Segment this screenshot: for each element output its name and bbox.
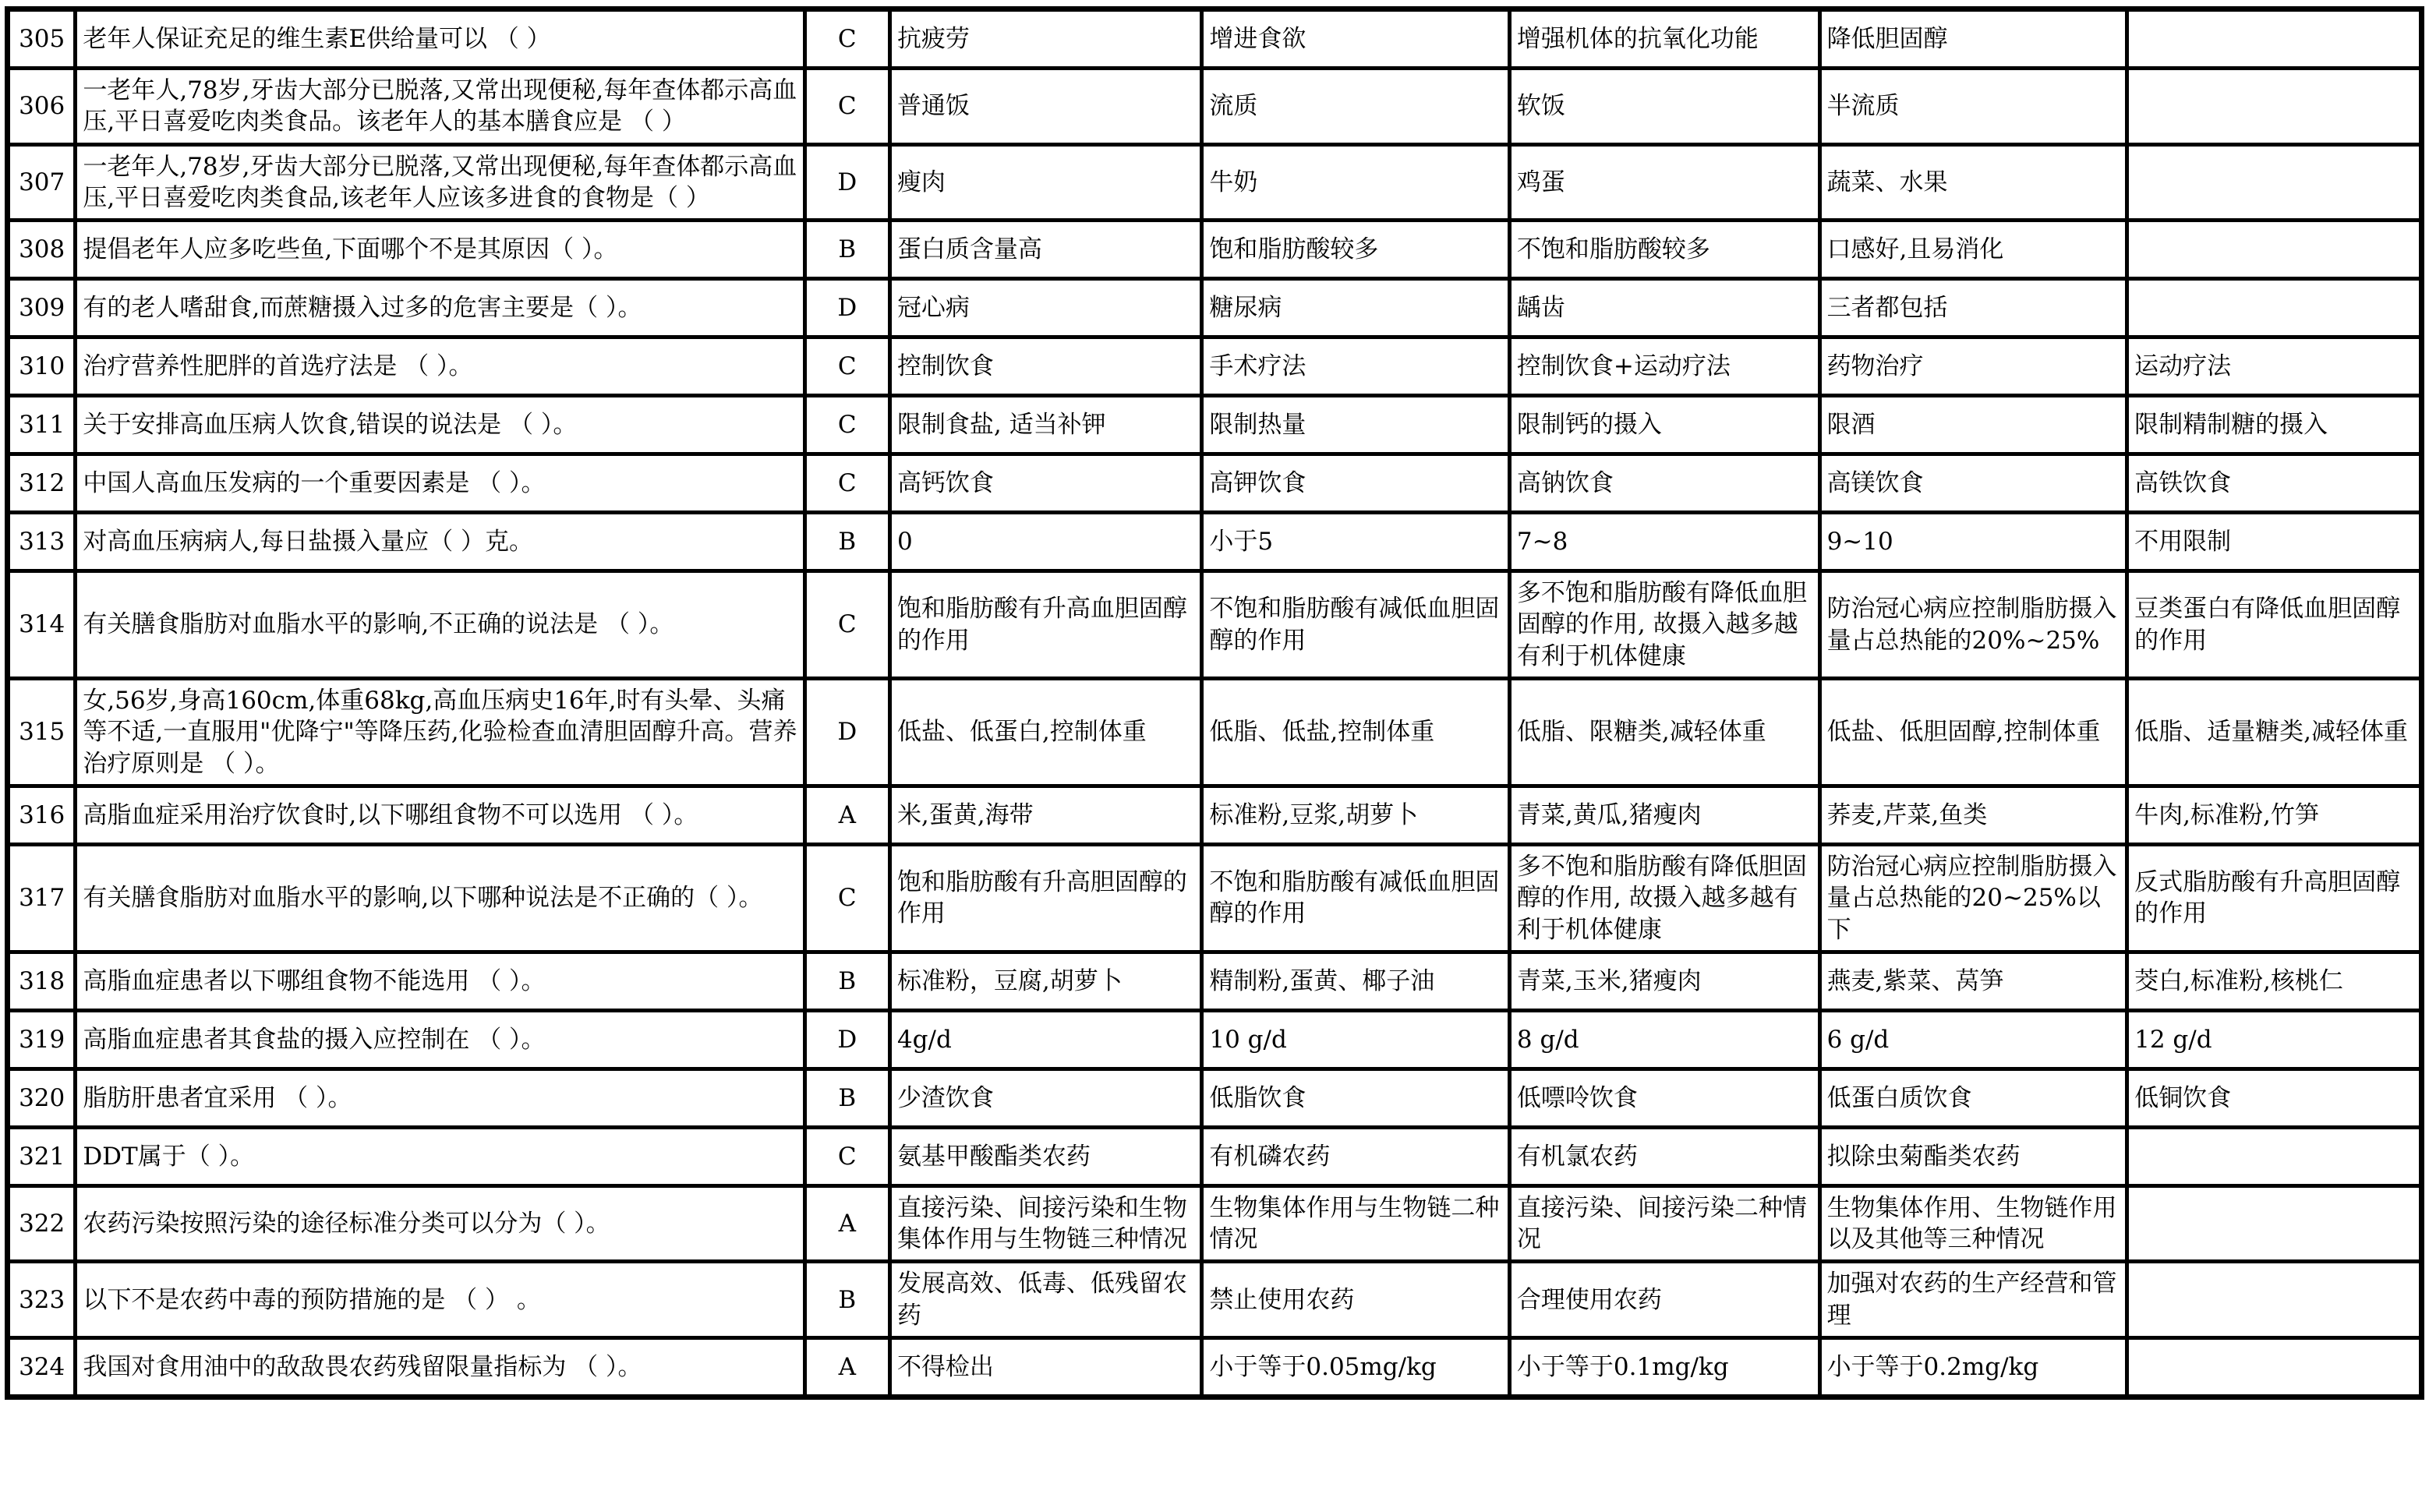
option-b-cell: 牛奶 [1202, 144, 1510, 221]
option-d-cell: 加强对农药的生产经营和管理 [1819, 1262, 2127, 1338]
question-number: 314 [8, 571, 76, 679]
option-d-cell: 荞麦,芹菜,鱼类 [1819, 786, 2127, 844]
question-text: 高脂血症患者其食盐的摄入应控制在 （ ）。 [76, 1010, 804, 1069]
option-e-cell: 茭白,标准粉,核桃仁 [2127, 952, 2422, 1010]
option-c-cell: 小于等于0.1mg/kg [1509, 1338, 1819, 1397]
answer-letter: D [804, 1010, 889, 1069]
option-c-cell: 低嘌呤饮食 [1509, 1069, 1819, 1127]
table-row: 305 老年人保证充足的维生素E供给量可以 （ ） C 抗疲劳 增进食欲 增强机… [8, 9, 2422, 69]
answer-letter: C [804, 337, 889, 396]
option-a-cell: 低盐、低蛋白,控制体重 [889, 679, 1201, 786]
option-d-cell: 低盐、低胆固醇,控制体重 [1819, 679, 2127, 786]
option-c-cell: 青菜,黄瓜,猪瘦肉 [1509, 786, 1819, 844]
question-number: 313 [8, 513, 76, 571]
option-b-cell: 手术疗法 [1202, 337, 1510, 396]
option-b-cell: 标准粉,豆浆,胡萝卜 [1202, 786, 1510, 844]
option-b-cell: 高钾饮食 [1202, 454, 1510, 513]
option-c-cell: 增强机体的抗氧化功能 [1509, 9, 1819, 69]
table-row: 318 高脂血症患者以下哪组食物不能选用 （ ）。 B 标准粉，豆腐,胡萝卜 精… [8, 952, 2422, 1010]
option-e-cell: 不用限制 [2127, 513, 2422, 571]
question-text: DDT属于（ ）。 [76, 1127, 804, 1185]
question-text: 高脂血症患者以下哪组食物不能选用 （ ）。 [76, 952, 804, 1010]
question-number: 319 [8, 1010, 76, 1069]
table-row: 310 治疗营养性肥胖的首选疗法是 （ ）。 C 控制饮食 手术疗法 控制饮食+… [8, 337, 2422, 396]
question-text: 老年人保证充足的维生素E供给量可以 （ ） [76, 9, 804, 69]
question-number: 310 [8, 337, 76, 396]
answer-letter: A [804, 1185, 889, 1262]
option-a-cell: 冠心病 [889, 279, 1201, 337]
table-row: 314 有关膳食脂肪对血脂水平的影响,不正确的说法是 （ ）。 C 饱和脂肪酸有… [8, 571, 2422, 679]
option-d-cell: 三者都包括 [1819, 279, 2127, 337]
question-text: 对高血压病病人,每日盐摄入量应（ ）克。 [76, 513, 804, 571]
option-a-cell: 蛋白质含量高 [889, 221, 1201, 279]
option-c-cell: 鸡蛋 [1509, 144, 1819, 221]
table-row: 308 提倡老年人应多吃些鱼,下面哪个不是其原因（ ）。 B 蛋白质含量高 饱和… [8, 221, 2422, 279]
option-b-cell: 禁止使用农药 [1202, 1262, 1510, 1338]
table-row: 317 有关膳食脂肪对血脂水平的影响,以下哪种说法是不正确的（ ）。 C 饱和脂… [8, 844, 2422, 952]
question-number: 305 [8, 9, 76, 69]
question-number: 311 [8, 396, 76, 454]
option-e-cell: 低铜饮食 [2127, 1069, 2422, 1127]
answer-letter: C [804, 69, 889, 145]
option-e-cell: 12 g/d [2127, 1010, 2422, 1069]
option-d-cell: 防治冠心病应控制脂肪摄入量占总热能的20~25%以下 [1819, 844, 2127, 952]
answer-letter: B [804, 952, 889, 1010]
option-a-cell: 0 [889, 513, 1201, 571]
table-row: 320 脂肪肝患者宜采用 （ ）。 B 少渣饮食 低脂饮食 低嘌呤饮食 低蛋白质… [8, 1069, 2422, 1127]
table-row: 315 女,56岁,身高160cm,体重68kg,高血压病史16年,时有头晕、头… [8, 679, 2422, 786]
option-b-cell: 流质 [1202, 69, 1510, 145]
option-d-cell: 燕麦,紫菜、莴笋 [1819, 952, 2127, 1010]
option-c-cell: 合理使用农药 [1509, 1262, 1819, 1338]
question-number: 321 [8, 1127, 76, 1185]
table-row: 307 一老年人,78岁,牙齿大部分已脱落,又常出现便秘,每年查体都示高血压,平… [8, 144, 2422, 221]
option-d-cell: 口感好,且易消化 [1819, 221, 2127, 279]
option-c-cell: 不饱和脂肪酸较多 [1509, 221, 1819, 279]
option-b-cell: 低脂饮食 [1202, 1069, 1510, 1127]
question-number: 320 [8, 1069, 76, 1127]
table-row: 322 农药污染按照污染的途径标准分类可以分为（ ）。 A 直接污染、间接污染和… [8, 1185, 2422, 1262]
answer-letter: C [804, 844, 889, 952]
option-b-cell: 不饱和脂肪酸有减低血胆固醇的作用 [1202, 571, 1510, 679]
answer-letter: B [804, 513, 889, 571]
option-d-cell: 拟除虫菊酯类农药 [1819, 1127, 2127, 1185]
question-number: 317 [8, 844, 76, 952]
answer-letter: C [804, 1127, 889, 1185]
option-a-cell: 瘦肉 [889, 144, 1201, 221]
option-a-cell: 直接污染、间接污染和生物集体作用与生物链三种情况 [889, 1185, 1201, 1262]
answer-letter: C [804, 454, 889, 513]
option-b-cell: 小于5 [1202, 513, 1510, 571]
option-e-cell [2127, 1127, 2422, 1185]
option-e-cell [2127, 144, 2422, 221]
table-row: 313 对高血压病病人,每日盐摄入量应（ ）克。 B 0 小于5 7~8 9~1… [8, 513, 2422, 571]
option-b-cell: 小于等于0.05mg/kg [1202, 1338, 1510, 1397]
answer-letter: B [804, 1262, 889, 1338]
option-e-cell: 高铁饮食 [2127, 454, 2422, 513]
answer-letter: C [804, 571, 889, 679]
option-e-cell [2127, 69, 2422, 145]
option-c-cell: 直接污染、间接污染二种情况 [1509, 1185, 1819, 1262]
option-c-cell: 7~8 [1509, 513, 1819, 571]
question-number: 308 [8, 221, 76, 279]
table-row: 321 DDT属于（ ）。 C 氨基甲酸酯类农药 有机磷农药 有机氯农药 拟除虫… [8, 1127, 2422, 1185]
option-d-cell: 低蛋白质饮食 [1819, 1069, 2127, 1127]
question-text: 一老年人,78岁,牙齿大部分已脱落,又常出现便秘,每年查体都示高血压,平日喜爱吃… [76, 69, 804, 145]
question-text: 中国人高血压发病的一个重要因素是 （ ）。 [76, 454, 804, 513]
option-e-cell: 低脂、适量糖类,减轻体重 [2127, 679, 2422, 786]
option-d-cell: 蔬菜、水果 [1819, 144, 2127, 221]
answer-letter: C [804, 396, 889, 454]
option-a-cell: 少渣饮食 [889, 1069, 1201, 1127]
option-e-cell [2127, 1262, 2422, 1338]
option-c-cell: 龋齿 [1509, 279, 1819, 337]
table-row: 312 中国人高血压发病的一个重要因素是 （ ）。 C 高钙饮食 高钾饮食 高钠… [8, 454, 2422, 513]
question-number: 312 [8, 454, 76, 513]
option-e-cell [2127, 9, 2422, 69]
option-a-cell: 发展高效、低毒、低残留农药 [889, 1262, 1201, 1338]
option-a-cell: 不得检出 [889, 1338, 1201, 1397]
option-c-cell: 控制饮食+运动疗法 [1509, 337, 1819, 396]
option-e-cell: 豆类蛋白有降低血胆固醇的作用 [2127, 571, 2422, 679]
option-a-cell: 抗疲劳 [889, 9, 1201, 69]
option-d-cell: 6 g/d [1819, 1010, 2127, 1069]
table-row: 309 有的老人嗜甜食,而蔗糖摄入过多的危害主要是（ ）。 D 冠心病 糖尿病 … [8, 279, 2422, 337]
option-e-cell [2127, 221, 2422, 279]
option-b-cell: 精制粉,蛋黄、椰子油 [1202, 952, 1510, 1010]
option-a-cell: 氨基甲酸酯类农药 [889, 1127, 1201, 1185]
answer-letter: B [804, 221, 889, 279]
question-text: 治疗营养性肥胖的首选疗法是 （ ）。 [76, 337, 804, 396]
table-row: 323 以下不是农药中毒的预防措施的是 （ ） 。 B 发展高效、低毒、低残留农… [8, 1262, 2422, 1338]
table-row: 306 一老年人,78岁,牙齿大部分已脱落,又常出现便秘,每年查体都示高血压,平… [8, 69, 2422, 145]
option-e-cell: 运动疗法 [2127, 337, 2422, 396]
option-b-cell: 低脂、低盐,控制体重 [1202, 679, 1510, 786]
option-b-cell: 饱和脂肪酸较多 [1202, 221, 1510, 279]
question-text: 有关膳食脂肪对血脂水平的影响,以下哪种说法是不正确的（ ）。 [76, 844, 804, 952]
question-text: 高脂血症采用治疗饮食时,以下哪组食物不可以选用 （ ）。 [76, 786, 804, 844]
option-b-cell: 增进食欲 [1202, 9, 1510, 69]
option-a-cell: 普通饭 [889, 69, 1201, 145]
option-a-cell: 标准粉，豆腐,胡萝卜 [889, 952, 1201, 1010]
answer-letter: D [804, 279, 889, 337]
option-d-cell: 高镁饮食 [1819, 454, 2127, 513]
question-text: 提倡老年人应多吃些鱼,下面哪个不是其原因（ ）。 [76, 221, 804, 279]
option-e-cell [2127, 1338, 2422, 1397]
option-c-cell: 青菜,玉米,猪瘦肉 [1509, 952, 1819, 1010]
option-e-cell [2127, 279, 2422, 337]
question-number: 307 [8, 144, 76, 221]
table-row: 324 我国对食用油中的敌敌畏农药残留限量指标为 （ ）。 A 不得检出 小于等… [8, 1338, 2422, 1397]
option-d-cell: 限酒 [1819, 396, 2127, 454]
option-a-cell: 米,蛋黄,海带 [889, 786, 1201, 844]
option-e-cell: 限制精制糖的摄入 [2127, 396, 2422, 454]
question-text: 有的老人嗜甜食,而蔗糖摄入过多的危害主要是（ ）。 [76, 279, 804, 337]
option-b-cell: 不饱和脂肪酸有减低血胆固醇的作用 [1202, 844, 1510, 952]
option-d-cell: 防治冠心病应控制脂肪摄入量占总热能的20%~25% [1819, 571, 2127, 679]
option-c-cell: 软饭 [1509, 69, 1819, 145]
option-e-cell [2127, 1185, 2422, 1262]
answer-letter: A [804, 1338, 889, 1397]
question-text: 农药污染按照污染的途径标准分类可以分为（ ）。 [76, 1185, 804, 1262]
question-text: 脂肪肝患者宜采用 （ ）。 [76, 1069, 804, 1127]
option-e-cell: 反式脂肪酸有升高胆固醇的作用 [2127, 844, 2422, 952]
option-a-cell: 饱和脂肪酸有升高血胆固醇的作用 [889, 571, 1201, 679]
option-a-cell: 高钙饮食 [889, 454, 1201, 513]
option-d-cell: 小于等于0.2mg/kg [1819, 1338, 2127, 1397]
option-b-cell: 限制热量 [1202, 396, 1510, 454]
answer-letter: B [804, 1069, 889, 1127]
question-number: 309 [8, 279, 76, 337]
question-number: 322 [8, 1185, 76, 1262]
option-b-cell: 10 g/d [1202, 1010, 1510, 1069]
option-b-cell: 生物集体作用与生物链二种情况 [1202, 1185, 1510, 1262]
option-c-cell: 有机氯农药 [1509, 1127, 1819, 1185]
answer-letter: A [804, 786, 889, 844]
question-number: 315 [8, 679, 76, 786]
option-c-cell: 限制钙的摄入 [1509, 396, 1819, 454]
table-row: 311 关于安排高血压病人饮食,错误的说法是 （ ）。 C 限制食盐, 适当补钾… [8, 396, 2422, 454]
question-text: 一老年人,78岁,牙齿大部分已脱落,又常出现便秘,每年查体都示高血压,平日喜爱吃… [76, 144, 804, 221]
option-d-cell: 生物集体作用、生物链作用以及其他等三种情况 [1819, 1185, 2127, 1262]
question-number: 318 [8, 952, 76, 1010]
question-number: 316 [8, 786, 76, 844]
table-row: 316 高脂血症采用治疗饮食时,以下哪组食物不可以选用 （ ）。 A 米,蛋黄,… [8, 786, 2422, 844]
option-a-cell: 4g/d [889, 1010, 1201, 1069]
document-sheet: 305 老年人保证充足的维生素E供给量可以 （ ） C 抗疲劳 增进食欲 增强机… [0, 0, 2429, 1400]
option-b-cell: 有机磷农药 [1202, 1127, 1510, 1185]
table-body: 305 老年人保证充足的维生素E供给量可以 （ ） C 抗疲劳 增进食欲 增强机… [8, 9, 2422, 1397]
option-c-cell: 8 g/d [1509, 1010, 1819, 1069]
option-c-cell: 高钠饮食 [1509, 454, 1819, 513]
option-d-cell: 降低胆固醇 [1819, 9, 2127, 69]
option-a-cell: 限制食盐, 适当补钾 [889, 396, 1201, 454]
question-number: 306 [8, 69, 76, 145]
option-e-cell: 牛肉,标准粉,竹笋 [2127, 786, 2422, 844]
question-text: 关于安排高血压病人饮食,错误的说法是 （ ）。 [76, 396, 804, 454]
option-c-cell: 低脂、限糖类,减轻体重 [1509, 679, 1819, 786]
question-number: 323 [8, 1262, 76, 1338]
option-a-cell: 控制饮食 [889, 337, 1201, 396]
question-text: 有关膳食脂肪对血脂水平的影响,不正确的说法是 （ ）。 [76, 571, 804, 679]
table-row: 319 高脂血症患者其食盐的摄入应控制在 （ ）。 D 4g/d 10 g/d … [8, 1010, 2422, 1069]
option-d-cell: 9~10 [1819, 513, 2127, 571]
question-text: 以下不是农药中毒的预防措施的是 （ ） 。 [76, 1262, 804, 1338]
option-a-cell: 饱和脂肪酸有升高胆固醇的作用 [889, 844, 1201, 952]
option-b-cell: 糖尿病 [1202, 279, 1510, 337]
question-bank-table: 305 老年人保证充足的维生素E供给量可以 （ ） C 抗疲劳 增进食欲 增强机… [5, 6, 2424, 1400]
option-c-cell: 多不饱和脂肪酸有降低血胆固醇的作用, 故摄入越多越有利于机体健康 [1509, 571, 1819, 679]
option-d-cell: 药物治疗 [1819, 337, 2127, 396]
answer-letter: D [804, 144, 889, 221]
option-c-cell: 多不饱和脂肪酸有降低胆固醇的作用, 故摄入越多越有利于机体健康 [1509, 844, 1819, 952]
option-d-cell: 半流质 [1819, 69, 2127, 145]
answer-letter: C [804, 9, 889, 69]
answer-letter: D [804, 679, 889, 786]
question-text: 女,56岁,身高160cm,体重68kg,高血压病史16年,时有头晕、头痛等不适… [76, 679, 804, 786]
question-number: 324 [8, 1338, 76, 1397]
question-text: 我国对食用油中的敌敌畏农药残留限量指标为 （ ）。 [76, 1338, 804, 1397]
